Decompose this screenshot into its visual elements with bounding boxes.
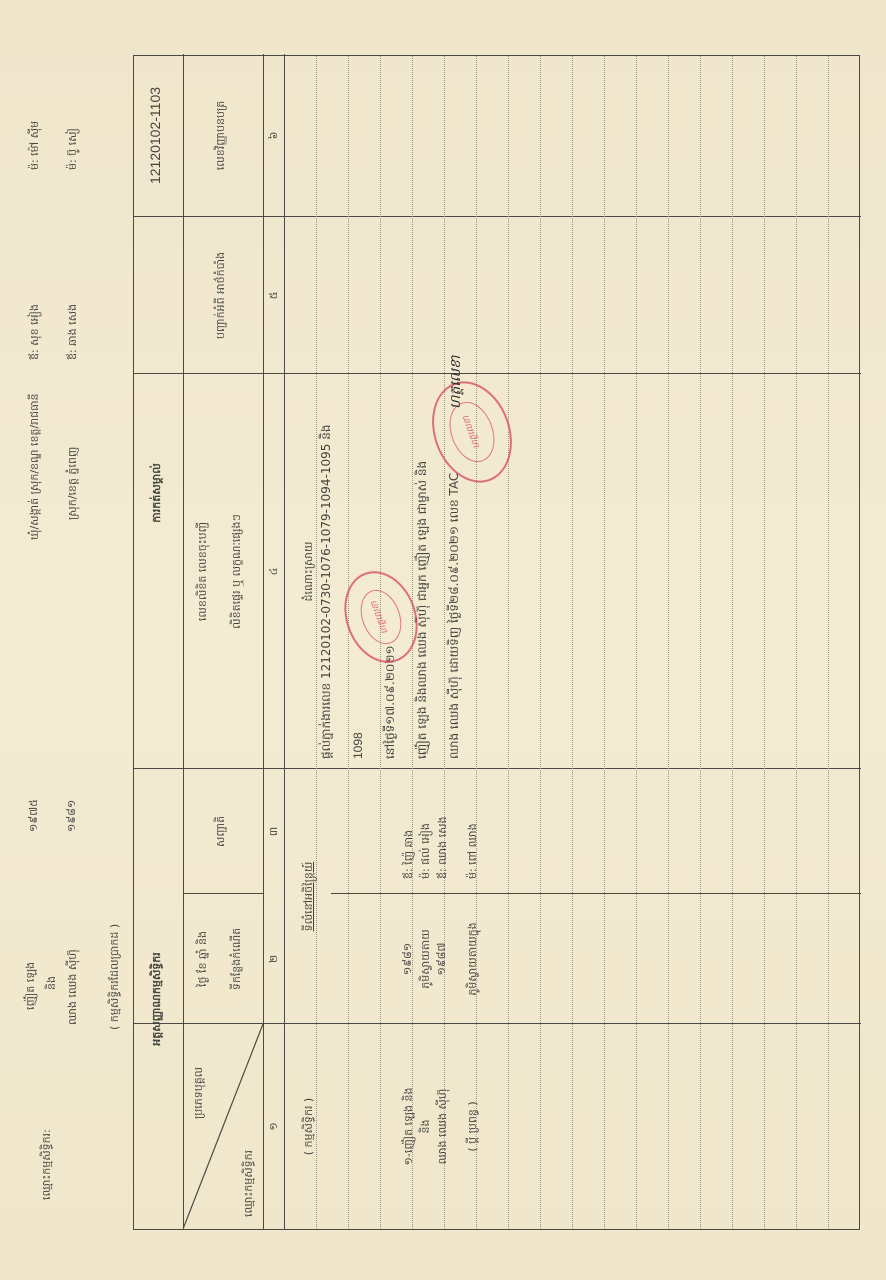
note-line-5: ឈាង ឈេង ស៊ីហ៊ុ ដោយទិញ ថ្ងៃទី២៨.០៩.២០២១ ល…: [448, 473, 461, 759]
col1-label-bottom: ឈ្មោះកម្មសិទ្ធិករ: [242, 1150, 255, 1217]
col6-label: លេខវិញ្ញាបនបត្រ: [214, 54, 227, 217]
col-divider-4: [134, 216, 861, 217]
parent-3: ឪ: ឈាង សេង: [436, 816, 449, 879]
owner-name-1: ១-ញ៉ៀត ឡេង និង: [402, 1024, 415, 1229]
col4-label-bottom: លិខិតផ្ទេរ ឬ លក្ខណៈផ្សេងៗ: [230, 374, 243, 769]
registry-table: 12120102-1103 អត្តសញ្ញាណកម្មសិទ្ធិករ ការ…: [133, 55, 860, 1230]
notes-heading: ដំណោះស្រាយ: [302, 374, 315, 769]
note-line-4: ញ៉ៀត ឡេង និងឈាង ឈេង ស៊ីហ៊ុ ជាអ្នក ញ៉ៀត ឡ…: [416, 461, 429, 759]
col6-num: ៦: [267, 54, 280, 217]
note-line-2: 1098: [352, 732, 365, 759]
header-divider-2: [263, 54, 264, 1229]
owner-name-2: ឈាង ឈេង ស៊ីហ៊ុ: [436, 1024, 449, 1229]
birth-year-2: ១៩៨១: [66, 800, 79, 832]
birth-year-1: ១៩៧៥: [28, 799, 41, 832]
col4-label-top: លេខលិខិត លេខចុះបញ្ជី: [196, 374, 209, 769]
parent-4: ម៉: ពៅ ឈាង: [466, 823, 479, 879]
col5-num: ៥: [267, 217, 280, 374]
col3-label: សញ្ជាតិ: [214, 769, 227, 894]
stamp-inner-1: ហត្ថលេខា: [353, 584, 408, 650]
birth-value-1: ១៩៨១: [402, 894, 415, 1024]
parent-1: ឪ: ញ៉ៃ ឆាង: [402, 830, 415, 879]
signature: ហត្ថលេខា: [446, 356, 467, 409]
col2-num: ២: [267, 894, 280, 1024]
col2-label-bottom: ទីកន្លែងកំណើត: [230, 894, 243, 1024]
owner-names-and: និង: [45, 976, 58, 990]
note-line-1: ផ្តល់ភ្នាក់ងារលេខ 12120102-0730-1076-107…: [320, 425, 333, 759]
col2-label-top: ថ្ងៃ ខែ ឆ្នាំ និង: [196, 894, 209, 1024]
mother-label-2: ម៉: ប៊ូ សៀ: [66, 128, 79, 170]
owner-relation: ( ប្ដី ប្រពន្ធ ): [466, 1024, 479, 1229]
parent-2: ម៉: ផល់ អៀង: [419, 823, 432, 879]
residence-heading: ទីលំនៅអចិន្ត្រៃយ៍: [302, 769, 315, 1024]
notes-title: ការកត់សម្គាល់: [150, 217, 163, 769]
birth-place-1: ភូមិស្វាយតាយ: [419, 894, 432, 1024]
col4-num: ៤: [267, 374, 280, 769]
col3-num: ៣: [267, 769, 280, 894]
father-label-1: ឪ: សុខ អៀង: [28, 304, 41, 360]
col1-label-top: ប្រភេទបុគ្គល: [192, 1067, 205, 1119]
land-id: 12120102-1103: [149, 54, 162, 217]
header-divider-3: [284, 54, 285, 1229]
owner-note: ( កម្មសិទ្ធិករដែលប្រាកដ ): [108, 924, 121, 1030]
owner-type: ( កម្មសិទ្ធិករ ): [302, 1024, 315, 1229]
address-line-2: ស្រុក/ខេត្ត ភ្នំពេញ: [66, 447, 79, 520]
owner-label: ឈ្មោះកម្មសិទ្ធិករ:: [40, 1129, 53, 1200]
birth-place-2: ភូមិស្វាយតាយក្នុង: [466, 894, 479, 1024]
owner-names-line1: ញ៉ៀត ឡេង: [24, 962, 37, 1010]
col1-num: ១: [267, 1024, 280, 1229]
owner-name-and: និង: [419, 1024, 432, 1229]
owner-names-line2: ឈាង ឈេង ស៊ីហ៊ុ: [66, 949, 79, 1025]
col-divider-3: [134, 373, 861, 374]
father-label-2: ឪ: ឆាង សេង: [66, 304, 79, 360]
owner-info-title: អត្តសញ្ញាណកម្មសិទ្ធិករ: [150, 769, 163, 1229]
official-stamp-2: ហត្ថលេខា: [419, 370, 526, 494]
land-registry-sheet: ម៉: ម៉ៅ ស៊ីម ម៉: ប៊ូ សៀ ឪ: សុខ អៀង ឪ: ឆា…: [0, 0, 886, 1280]
birth-value-2: ១៩៨៧: [436, 894, 449, 1024]
mother-label-1: ម៉: ម៉ៅ ស៊ីម: [28, 121, 41, 170]
col5-label: បញ្ជាក់អំពី អាថ៌កំបាំង: [214, 217, 227, 374]
address-line-1: ឃុំ/សង្កាត់ ស្រុក/ខណ្ឌ ខេត្ត/រាជធានី: [28, 393, 41, 540]
col-divider-2: [134, 768, 861, 769]
